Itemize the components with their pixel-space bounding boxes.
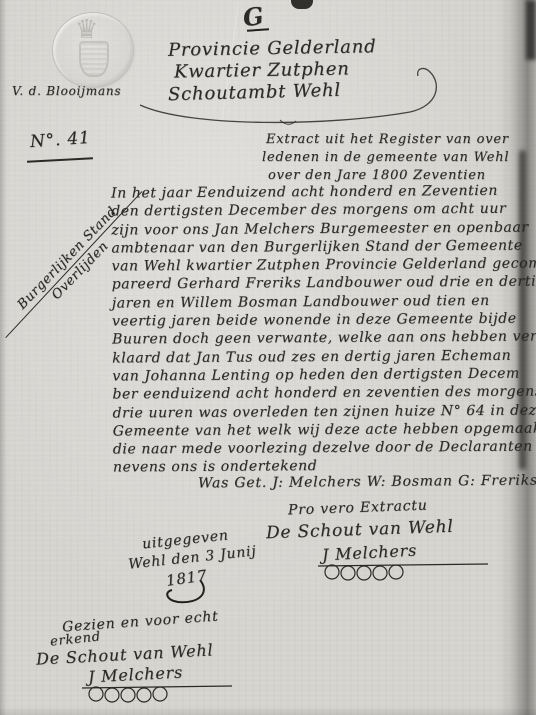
act-body-line: den dertigsten December des morgens om a… [111,200,535,221]
witness-signatures-line: Was Get. J: Melchers W: Bosman G: Frerik… [198,473,536,492]
intro-line3: over den Jare 1800 Zeventien [268,168,486,183]
header-flourish [130,50,450,130]
folio-underline [247,28,269,32]
signature-paraph-left [82,680,242,706]
act-body-paragraph: In het jaar Eenduizend acht honderd en Z… [111,182,536,478]
shield-icon [79,41,109,77]
act-number: N°. 41 [29,128,91,152]
folio-mark: G [241,1,266,33]
page-bottom-edge-shadow [0,707,536,715]
pro-vero-extractu: Pro vero Extractu [288,498,428,519]
intro-line1: Extract uit het Register van over [266,132,509,147]
act-body-line: die naar mede voorlezing dezelve door de… [113,438,536,459]
act-body-line: ber eenduizend acht honderd en zeventien… [112,383,536,404]
schout-title-line: De Schout van Wehl [266,517,454,544]
margin-clerk-name: V. d. Blooijmans [12,84,121,98]
act-number-underline [27,157,93,162]
intro-line2: ledenen in de gemeente van Wehl [262,150,509,165]
ink-blot-top [291,0,313,9]
signature-paraph-right [318,558,498,584]
embossed-crown-seal-icon: ♛ [52,12,134,88]
issue-year-flourish [160,578,220,608]
scanned-death-record-page: ♛ G Provincie Gelderland Kwartier Zutphe… [0,0,536,715]
page-left-edge-shadow [0,0,7,715]
page-corner-dark-mark [526,0,536,60]
